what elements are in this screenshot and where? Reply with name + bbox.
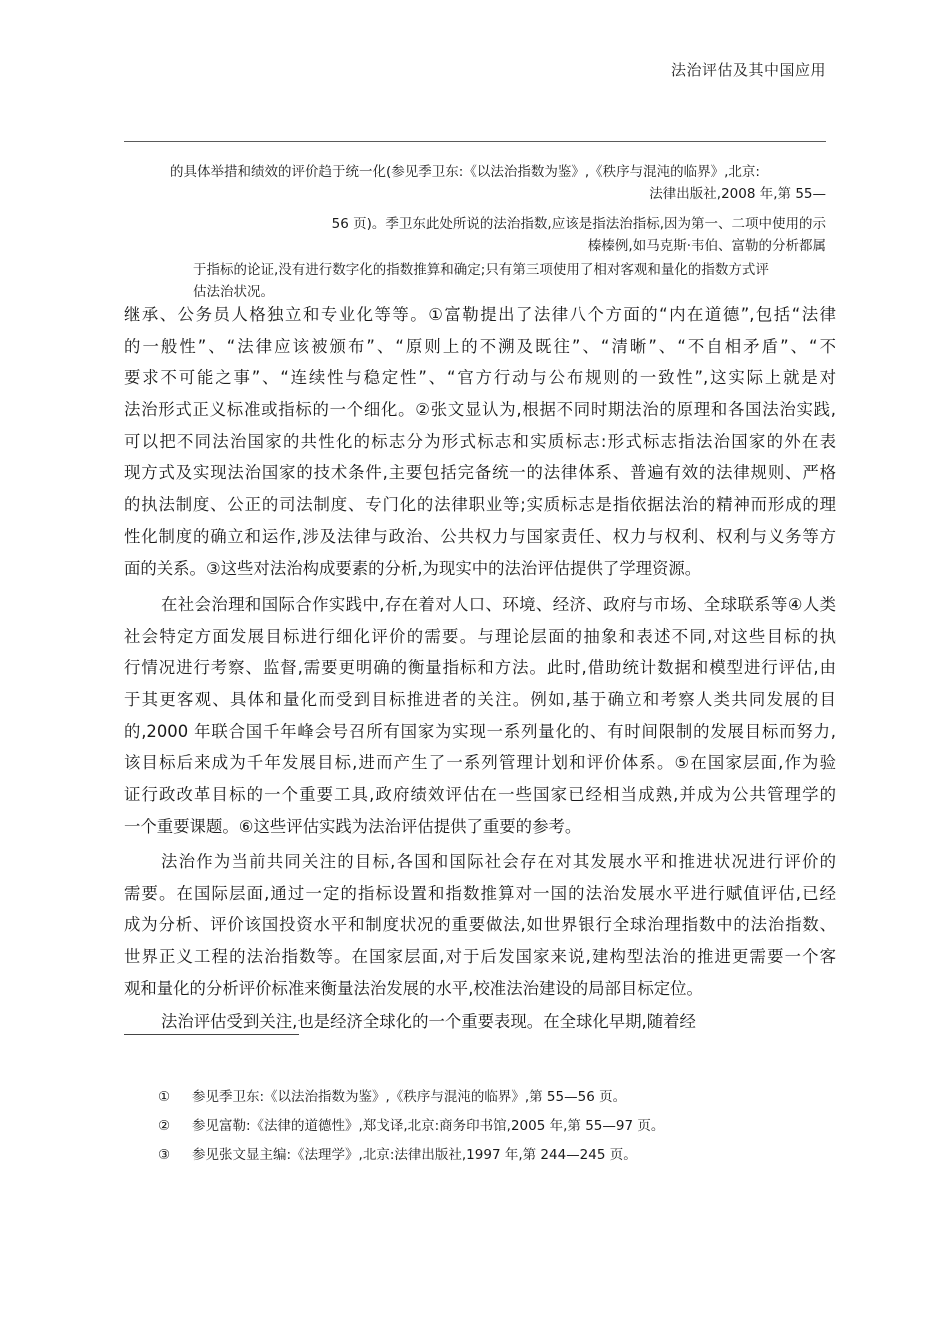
body-line: 法治评估受到关注,也是经济全球化的一个重要表现。在全球化早期,随着经 (124, 1006, 836, 1038)
paragraph-3: 法治作为当前共同关注的目标,各国和国际社会存在对其发展水平和推进状况进行评价的 … (124, 846, 836, 1004)
body-line: 行情况进行考察、监督,需要更明确的衡量指标和方法。此时,借助统计数据和模型进行评… (124, 652, 836, 684)
footnote-text: 参见富勒:《法律的道德性》,郑戈译,北京:商务印书馆,2005 年,第 55—9… (192, 1112, 664, 1141)
footnote-text: 参见张文显主编:《法理学》,北京:法律出版社,1997 年,第 244—245 … (192, 1141, 637, 1170)
body-line: 世界正义工程的法治指数等。在国家层面,对于后发国家来说,建构型法治的推进更需要一… (124, 941, 836, 973)
carryover-note-line: 的具体举措和绩效的评价趋于统一化(参见季卫东:《以法治指数为鉴》,《秩序与混沌的… (170, 161, 760, 183)
body-line: 观和量化的分析评价标准来衡量法治发展的水平,校准法治建设的局部目标定位。 (124, 973, 836, 1005)
carryover-note-line: 法律出版社,2008 年,第 55— (649, 183, 826, 205)
footnote-1: ① 参见季卫东:《以法治指数为鉴》,《秩序与混沌的临界》,第 55—56 页。 (158, 1083, 664, 1112)
body-line: 法治形式正义标准或指标的一个细化。②张文显认为,根据不同时期法治的原理和各国法治… (124, 394, 836, 426)
footnote-mark: ③ (158, 1141, 192, 1170)
body-line: 的,2000 年联合国千年峰会号召所有国家为实现一系列量化的、有时间限制的发展目… (124, 716, 836, 748)
paragraph-1: 继承、公务员人格独立和专业化等等。①富勒提出了法律八个方面的“内在道德”,包括“… (124, 299, 836, 584)
body-line: 该目标后来成为千年发展目标,进而产生了一系列管理计划和评价体系。⑤在国家层面,作… (124, 747, 836, 779)
body-line: 现方式及实现法治国家的技术条件,主要包括完备统一的法律体系、普遍有效的法律规则、… (124, 457, 836, 489)
body-line: 证行政改革目标的一个重要工具,政府绩效评估在一些国家已经相当成熟,并成为公共管理… (124, 779, 836, 811)
carryover-note-line: 56 页)。季卫东此处所说的法治指数,应该是指法治指标,因为第一、二项中使用的示 (332, 213, 826, 235)
footnote-mark: ② (158, 1112, 192, 1141)
footnote-mark: ① (158, 1083, 192, 1112)
body-line: 成为分析、评价该国投资水平和制度状况的重要做法,如世界银行全球治理指数中的法治指… (124, 909, 836, 941)
footnote-3: ③ 参见张文显主编:《法理学》,北京:法律出版社,1997 年,第 244—24… (158, 1141, 664, 1170)
paragraph-4: 法治评估受到关注,也是经济全球化的一个重要表现。在全球化早期,随着经 (124, 1006, 836, 1038)
body-line: 法治作为当前共同关注的目标,各国和国际社会存在对其发展水平和推进状况进行评价的 (124, 846, 836, 878)
running-head: 法治评估及其中国应用 (671, 59, 826, 80)
body-line: 于其更客观、具体和量化而受到目标推进者的关注。例如,基于确立和考察人类共同发展的… (124, 684, 836, 716)
body-line: 一个重要课题。⑥这些评估实践为法治评估提供了重要的参考。 (124, 811, 836, 843)
body-line: 的一般性”、“法律应该被颁布”、“原则上的不溯及既往”、“清晰”、“不自相矛盾”… (124, 331, 836, 363)
body-line: 社会特定方面发展目标进行细化评价的需要。与理论层面的抽象和表述不同,对这些目标的… (124, 621, 836, 653)
body-line: 性化制度的确立和运作,涉及法律与政治、公共权力与国家责任、权力与权利、权利与义务… (124, 521, 836, 553)
body-line: 在社会治理和国际合作实践中,存在着对人口、环境、经济、政府与市场、全球联系等④人… (124, 589, 836, 621)
body-line: 继承、公务员人格独立和专业化等等。①富勒提出了法律八个方面的“内在道德”,包括“… (124, 299, 836, 331)
body-line: 面的关系。③这些对法治构成要素的分析,为现实中的法治评估提供了学理资源。 (124, 553, 836, 585)
body-line: 可以把不同法治国家的共性化的标志分为形式标志和实质标志:形式标志指法治国家的外在… (124, 426, 836, 458)
carryover-note-line: 于指标的论证,没有进行数字化的指数推算和确定;只有第三项使用了相对客观和量化的指… (193, 259, 769, 281)
body-line: 的执法制度、公正的司法制度、专门化的法律职业等;实质标志是指依据法治的精神而形成… (124, 489, 836, 521)
paragraph-2: 在社会治理和国际合作实践中,存在着对人口、环境、经济、政府与市场、全球联系等④人… (124, 589, 836, 843)
footnotes: ① 参见季卫东:《以法治指数为鉴》,《秩序与混沌的临界》,第 55—56 页。 … (158, 1083, 664, 1170)
footnote-separator (124, 1034, 299, 1035)
footnote-text: 参见季卫东:《以法治指数为鉴》,《秩序与混沌的临界》,第 55—56 页。 (192, 1083, 626, 1112)
carryover-note-line: 榛榛例,如马克斯·韦伯、富勒的分析都属 (588, 235, 826, 257)
body-line: 要求不可能之事”、“连续性与稳定性”、“官方行动与公布规则的一致性”,这实际上就… (124, 362, 836, 394)
header-rule (124, 141, 826, 142)
document-page: 法治评估及其中国应用 的具体举措和绩效的评价趋于统一化(参见季卫东:《以法治指数… (0, 0, 950, 1344)
body-line: 需要。在国际层面,通过一定的指标设置和指数推算对一国的法治发展水平进行赋值评估,… (124, 878, 836, 910)
footnote-2: ② 参见富勒:《法律的道德性》,郑戈译,北京:商务印书馆,2005 年,第 55… (158, 1112, 664, 1141)
